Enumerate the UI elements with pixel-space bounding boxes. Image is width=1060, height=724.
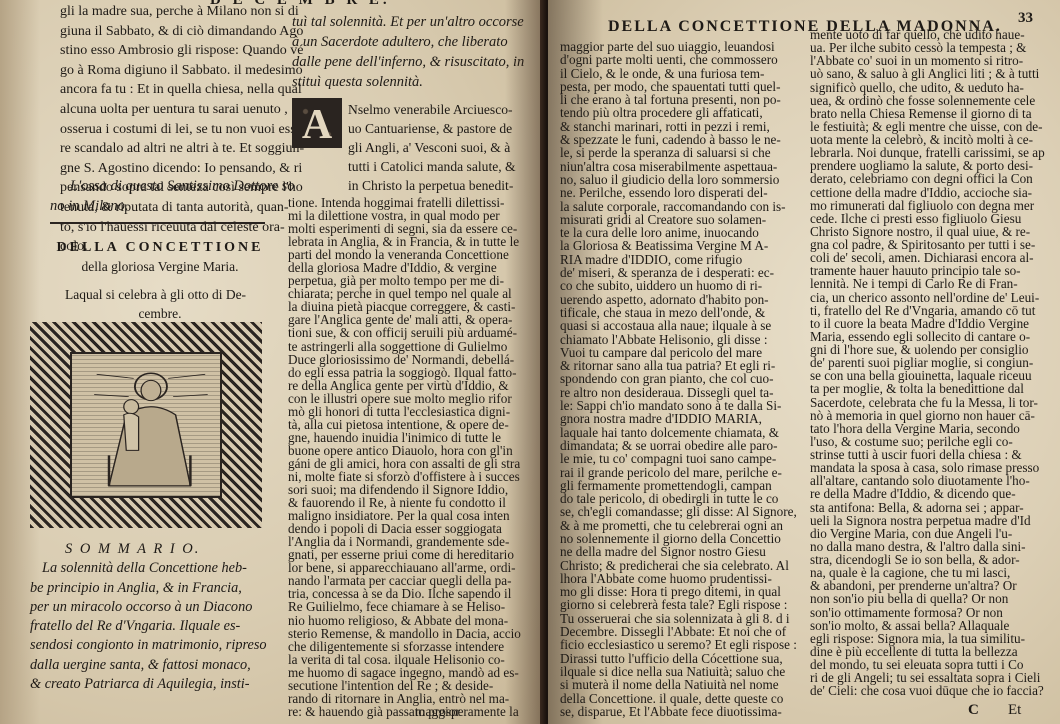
text-line: gli la madre sua, perche à Milano non si… xyxy=(60,2,280,22)
text-line: stino esso Ambrosio gli rispose: Quando … xyxy=(60,41,280,61)
feast-title: DELLA CONCETTIONE xyxy=(45,238,275,257)
relics-note: L'ossa di questo Santissimo Dottore so n… xyxy=(70,176,280,216)
text-line: cia, un cherico assonto nell'ordine de' … xyxy=(810,291,1045,304)
text-line: ne della madre del Signor nostro Giesu xyxy=(560,545,785,558)
text-line: re della Madre d'Iddio, & dicendo que- xyxy=(810,487,1045,500)
text-line: Vuoi tu campare dal pericolo del mare xyxy=(560,346,785,359)
feast-date: Laqual si celebra à gli otto di De- xyxy=(45,285,275,304)
left-col1-top-text: gli la madre sua, perche à Milano non si… xyxy=(60,2,280,257)
text-line: sta antifona: Bella, & adorna sei ; appa… xyxy=(810,501,1045,514)
text-line: lennità. Ne i tempi di Carlo Re di Fran- xyxy=(810,277,1045,290)
text-line: le: Sappi ch'io mandato sono à te dalla … xyxy=(560,399,785,412)
text-line: dalla uergine santa, & fattosi monaco, xyxy=(30,656,270,675)
text-line: re della Anglica gente per virtù d'Iddio… xyxy=(288,379,513,392)
text-line: Tu osseruerai che sia solennizata à gli … xyxy=(560,612,785,625)
right-col2-text: mente uoto di far quello, che udito haue… xyxy=(810,28,1045,697)
text-line: la salute corporale, raccomandando con i… xyxy=(560,200,785,213)
text-line: con le illustri opere sue molto meglio r… xyxy=(288,392,513,405)
text-line: alcuna uolta per uentura tu sarai uenuto… xyxy=(60,100,280,120)
letter-opening: Nselmo venerabile Arciuesco- uo Cantuari… xyxy=(348,100,518,195)
text-line: te astringerli alla soggettione di Gulie… xyxy=(288,340,513,353)
text-line: uo Cantuariense, & pastore de xyxy=(348,119,518,138)
text-line: giuna il Sabbato, & di ciò dimandando Ag… xyxy=(60,22,280,42)
text-line: ilquale si dice nella sua Natiuità; salu… xyxy=(560,665,785,678)
catchword-left: maggior xyxy=(415,702,460,721)
text-line: Duce gloriosissimo de' Normandi, debellá… xyxy=(288,353,513,366)
text-line: giorno si celebrerà festa tale? Egli ris… xyxy=(560,598,785,611)
text-line: spondendo con gran pianto, che col cuo- xyxy=(560,372,785,385)
text-line: se, disparue, Et l'Abbate fece diuotissi… xyxy=(560,705,785,718)
text-line: tioni sue, & con officij seruili più ard… xyxy=(288,326,513,339)
text-line: dalle pene dell'inferno, & risuscitato, … xyxy=(292,52,507,72)
text-line: d'ogni parte molti uenti, che commossero xyxy=(560,53,785,66)
text-line: la verita di tal cosa. ilquale Helisonio… xyxy=(288,653,513,666)
text-line: non son'io piu bella di quella? Or non xyxy=(810,592,1045,605)
text-line: ta per moglie, & tolta la benedittione d… xyxy=(810,382,1045,395)
text-line: li che erano à tal fortuna presenti, non… xyxy=(560,93,785,106)
text-line: lhora l'Abbate come huomo prudentissi- xyxy=(560,572,785,585)
text-line: ueli la Signora nostra perpetua madre d'… xyxy=(810,514,1045,527)
text-line: be principio in Anglia, & in Francia, xyxy=(30,579,270,598)
text-line: sterio Remense, & mandollo in Dacia, acc… xyxy=(288,627,513,640)
text-line: egli rispose: Signora mia, la tua simili… xyxy=(810,632,1045,645)
page-number: 33 xyxy=(1018,10,1033,27)
feast-subtitle: della gloriosa Vergine Maria. xyxy=(45,257,275,276)
text-line: tutti i Catolici manda salute, & xyxy=(348,157,518,176)
text-line: & à me prometti, che tu celebrerai ogni … xyxy=(560,519,785,532)
text-line: se, ch'egli comandasse; gli disse: Al Si… xyxy=(560,505,785,518)
text-line: il Cielo, & le onde, & una furiosa tem- xyxy=(560,67,785,80)
text-line: mo gli disse: Hora ti prego ditemi, in q… xyxy=(560,585,785,598)
text-line: gnora nostra madre d'IDDIO MARIA, xyxy=(560,412,785,425)
text-line: sendosi congionto in matrimonio, ripreso xyxy=(30,636,270,655)
left-col2-italic-intro: tuì tal solennità. Et per un'altro occor… xyxy=(292,12,507,92)
text-line: to, s'io l'hauessi riceuuta dal celeste … xyxy=(60,218,280,238)
text-line: & spezzate le funi, cadendo à basso le n… xyxy=(560,133,785,146)
text-line: gli Angli, a' Vesconi suoi, & à xyxy=(348,138,518,157)
madonna-figure-icon xyxy=(72,354,220,496)
text-line: stituì questa solennità. xyxy=(292,72,507,92)
text-line: della Concettione. il quale, dette quest… xyxy=(560,692,785,705)
text-line: buone opere antico Diauolo, hora con gl'… xyxy=(288,444,513,457)
text-line: re: & hauendo già passato prosperamente … xyxy=(288,705,513,718)
text-line: secutione l'intention del Re ; & deside- xyxy=(288,679,513,692)
text-line: no solennemente il giorno della Concetti… xyxy=(560,532,785,545)
text-line: brato nella Chiesa Remense il giorno di … xyxy=(810,107,1045,120)
text-line: & stanchi marinari, rotti in pezzi i rem… xyxy=(560,120,785,133)
text-line: te la cura delle loro anime, inuocando xyxy=(560,226,785,239)
text-line: ancora fa tu : Et in quella chiesa, nell… xyxy=(60,80,280,100)
text-line: maggior parte del suo uiaggio, leuandosi xyxy=(560,40,785,53)
text-line: quasi si accostaua alla naue; ilquale à … xyxy=(560,319,785,332)
text-line: osserua i costumi di lei, se tu non vuoi… xyxy=(60,120,280,140)
text-line: re altro non desideraua. Dissegli quel t… xyxy=(560,386,785,399)
text-line: ficio ecclesiastico u seremo? Et egli ri… xyxy=(560,638,785,651)
text-line: rando di ritornare in Anglia, entrò nel … xyxy=(288,692,513,705)
catchword-right: Et xyxy=(1008,702,1021,719)
text-line: Nselmo venerabile Arciuesco- xyxy=(348,100,518,119)
text-line: significò quello, che udito, & ueduto ha… xyxy=(810,81,1045,94)
text-line: do tale pericolo, di obedirgli in tutte … xyxy=(560,492,785,505)
text-line: tuì tal solennità. Et per un'altro occor… xyxy=(292,12,507,32)
text-line: tato l'hora della Vergine Maria, secondo xyxy=(810,422,1045,435)
text-line: ti, fratello del Re d'Vngaria, amando cō… xyxy=(810,304,1045,317)
text-line: in Christo la perpetua benedit- xyxy=(348,176,518,195)
text-line: niun'altra cosa miserabilmente aspettaua… xyxy=(560,160,785,173)
text-line: mò gli honori di tutta l'ecclesiastica d… xyxy=(288,405,513,418)
text-line: co che subito, uiddero un huomo di ri- xyxy=(560,279,785,292)
text-line: RIA madre d'IDDIO, come rifugio xyxy=(560,253,785,266)
text-line: dimandata; & se uorrai obedire alle paro… xyxy=(560,439,785,452)
right-page: DELLA CONCETTIONE DELLA MADONNA. 33 magg… xyxy=(548,0,1060,724)
text-line: le mie, tu co' compagni tuoi sano campe- xyxy=(560,452,785,465)
text-line: nio huomo religioso, & Abbate del mona- xyxy=(288,614,513,627)
text-line: mo rimunerati dal figliuolo con degna me… xyxy=(810,199,1045,212)
text-line: cettione della madre d'Iddio, accioche s… xyxy=(810,186,1045,199)
text-line: de' miseri, & speranza de i desperati: e… xyxy=(560,266,785,279)
text-line: rai il grande pericolo del mare, perilch… xyxy=(560,466,785,479)
text-line: dio Vergine Maria, con due Angeli l'u- xyxy=(810,527,1045,540)
text-line: la Gloriosa & Beatissima Vergine M A- xyxy=(560,239,785,252)
text-line: per un miracolo occorso à un Diacono xyxy=(30,598,270,617)
summary-heading: S O M M A R I O. xyxy=(30,540,270,559)
section-divider xyxy=(50,222,265,224)
text-line: de' Cieli: che cosa vuoi dūque che io fa… xyxy=(810,684,1045,697)
text-line: no in Milano. xyxy=(50,196,280,216)
text-line: Re Guilielmo, fece chiamare à se Helisо- xyxy=(288,600,513,613)
text-line: me huomo di sagace ingegno, mandò ad es- xyxy=(288,666,513,679)
text-line: gne, hauendo inuidia l'inimico di tutte … xyxy=(288,431,513,444)
text-line: ne. Perilche, essendo loro disperati del… xyxy=(560,186,785,199)
text-line: derato, celebriamo con degni offici la C… xyxy=(810,172,1045,185)
text-line: chiamato l'Abbate Helisonio, gli disse : xyxy=(560,333,785,346)
text-line: son'io molto, & assai bella? Allaquale xyxy=(810,619,1045,632)
text-line: laquale hai tanto dolcemente chiamata, & xyxy=(560,426,785,439)
text-line: Decembre. Dissegli l'Abbate: Et noi che … xyxy=(560,625,785,638)
text-line: tà, alla cui pietosa intentione, & opere… xyxy=(288,418,513,431)
feast-heading: DELLA CONCETTIONE della gloriosa Vergine… xyxy=(45,238,275,323)
text-line: La solennità della Concettione heb- xyxy=(30,559,270,578)
text-line: no, saluo il giudicio della loro sommers… xyxy=(560,173,785,186)
feast-date: cembre. xyxy=(45,304,275,323)
text-line: tificale, che staua in mezo dell'onde, & xyxy=(560,306,785,319)
text-line: to il cuore la beata Madre d'Iddio Vergi… xyxy=(810,317,1045,330)
text-line: & creato Patriarca di Aquilegia, insti- xyxy=(30,675,270,694)
text-line: re scandalo ad altri ne altri à te. Et s… xyxy=(60,139,280,159)
text-line: fratello del Re d'Vngaria. Ilquale es- xyxy=(30,617,270,636)
text-line: do egli essa patria la soggiogò. Ilqual … xyxy=(288,366,513,379)
text-line: gli fermamente promettendogli, campan xyxy=(560,479,785,492)
text-line: misurati gridi al Creatore suo solamen- xyxy=(560,213,785,226)
summary-block: S O M M A R I O. La solennità della Conc… xyxy=(30,540,270,694)
text-line: L'ossa di questo Santissimo Dottore so xyxy=(70,176,280,196)
woodcut-picture xyxy=(70,352,222,498)
text-line: go à Roma digiuno il Sabbato. il medesim… xyxy=(60,61,280,81)
right-col1-text: maggior parte del suo uiaggio, leuandosi… xyxy=(560,40,785,718)
text-line: nò à memoria in quel giorno non hauer cā… xyxy=(810,409,1045,422)
text-line: son'io ottimamente formosa? Or non xyxy=(810,606,1045,619)
text-line: che diligentemente si sforzasse intender… xyxy=(288,640,513,653)
text-line: & ritornar sano alla tua patria? Et egli… xyxy=(560,359,785,372)
signature-mark: C xyxy=(968,702,979,719)
text-line: cede. Ilche ci presti esso figliuolo Gie… xyxy=(810,212,1045,225)
text-line: uerendo aspetto, adornato d'habito pon- xyxy=(560,293,785,306)
text-line: si muterà il nome della Natiuità nel nom… xyxy=(560,678,785,691)
decorated-initial-a: A xyxy=(292,98,342,148)
text-line: à un Sacerdote adultero, che liberato xyxy=(292,32,507,52)
text-line: uò sano, & saluo à gli Anglici liti ; & … xyxy=(810,67,1045,80)
left-page: D E C E M B R E. gli la madre sua, perch… xyxy=(0,0,547,724)
letter-body: tione. Intenda hoggimai fratelli diletti… xyxy=(288,196,513,718)
text-line: le, si perde la speranza di saluarsi si … xyxy=(560,146,785,159)
text-line: Dirassi tutto l'ufficio della Cócettione… xyxy=(560,652,785,665)
text-line: Sacerdote, celebrata che fu la Messa, li… xyxy=(810,396,1045,409)
text-line: pesta, per modo, che spauentati tutti qu… xyxy=(560,80,785,93)
text-line: Christo; & predicherai che sia celebrato… xyxy=(560,559,785,572)
text-line: uea, & ordinò che fosse solennemente cel… xyxy=(810,94,1045,107)
madonna-and-child-woodcut-icon xyxy=(30,322,262,528)
text-line: tendo più oltra procedere gli affaticati… xyxy=(560,106,785,119)
